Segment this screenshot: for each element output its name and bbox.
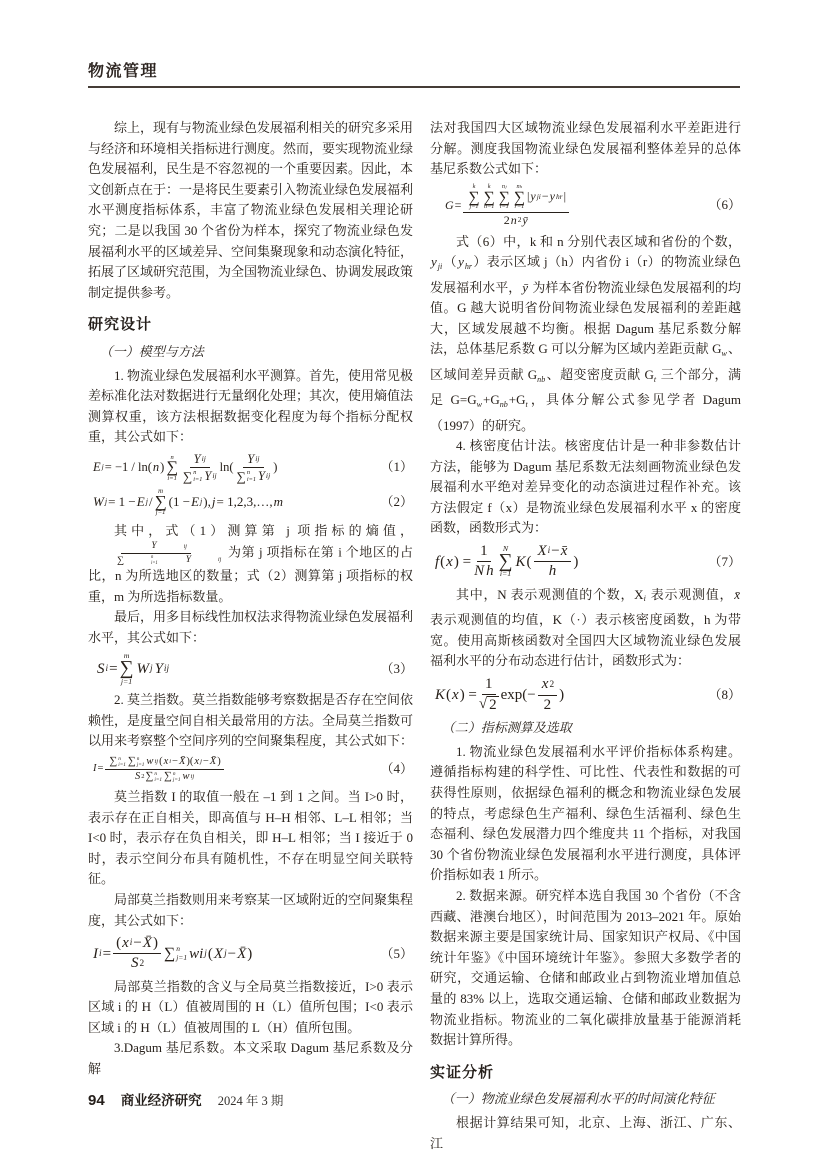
fraction-denominator: 2 [544, 696, 552, 714]
math-variable: x [445, 552, 454, 573]
sigma-glyph: ∑ [155, 495, 167, 509]
math-subscript: j [105, 492, 107, 513]
fraction-numerator: k∑j=1k∑h=1nⱼ∑i=1nₕ∑r=1|yji − yhr| [463, 184, 569, 213]
equation-number: （1） [380, 457, 413, 478]
formula-block: I = ∑ni=1∑nj=1wij(xi − X̄)(xj − X̄)S2∑ni… [88, 756, 413, 783]
equation-number: （3） [380, 659, 413, 680]
math-variable: K [514, 552, 526, 573]
math-subscript: nb [537, 375, 545, 384]
fraction-numerator: Yij [243, 452, 263, 468]
formula-body: Wj = 1 − Ej / m∑j=1(1 − Ej), j = 1,2,3,…… [92, 488, 374, 517]
sum-lower-limit: h=1 [484, 204, 494, 211]
math-subscript: ij [202, 455, 206, 464]
fraction: 1Nh [473, 543, 495, 581]
math-subscript: j [200, 492, 202, 513]
equation-number: （5） [380, 944, 413, 965]
sigma-glyph: ∑ [183, 470, 192, 483]
fraction: (xi − X̄)S2 [113, 935, 161, 973]
fraction-numerator: x2 [538, 676, 557, 695]
math-subscript: ij [192, 557, 221, 564]
math-variable: ȳ [521, 214, 528, 228]
sum-lower-limit: i=1 [154, 777, 162, 783]
subsection-heading: （一）物流业绿色发展福利水平的时间演化特征 [430, 1089, 741, 1110]
math-subscript: i [644, 594, 646, 603]
formula-body: K(x) = 1√2 exp(−x22) [434, 676, 702, 715]
math-text: ) = [460, 685, 477, 706]
math-text: ), [203, 492, 211, 513]
math-text: ) [273, 457, 277, 478]
subsection-heading: （一）模型与方法 [88, 342, 413, 363]
sum-lower-limit: i=1 [247, 476, 256, 483]
fraction: x22 [538, 676, 557, 714]
paragraph: 2. 莫兰指数。莫兰指数能够考察数据是否存在空间依赖性，是度量空间自相关最常用的… [88, 690, 413, 752]
paragraph: 2. 数据来源。研究样本选自我国 30 个省份（不含西藏、港澳台地区），时间范围… [430, 886, 741, 1051]
sigma-glyph: ∑ [164, 771, 172, 782]
math-variable: Y [257, 469, 266, 483]
fraction: 1√2 [479, 676, 499, 715]
math-variable: X̄ [209, 756, 217, 768]
math-superscript: 2 [549, 680, 554, 691]
math-subscript: hr [556, 193, 563, 202]
math-variable: Y [203, 469, 212, 483]
text-run: 表示观测值的均值，K（·）表示核密度函数，h 为带宽。使用高斯核函数对全国四大区… [430, 612, 741, 668]
summation-symbol: m∑j=1 [120, 652, 134, 686]
fraction-numerator: ∑ni=1∑nj=1wij(xi − X̄)(xj − X̄) [105, 756, 223, 770]
issue-label: 2024 年 3 期 [218, 1091, 284, 1109]
math-text: ) [153, 935, 158, 952]
fraction: Yij∑ni=1Yij [90, 541, 222, 566]
math-text: = [455, 195, 462, 216]
fraction-numerator: (xi − X̄) [113, 935, 161, 954]
math-variable: m [273, 492, 284, 513]
equation-number: （8） [708, 685, 741, 706]
fraction-numerator: Yij [121, 541, 190, 554]
sum-scripts: ni=1 [154, 771, 162, 783]
math-subscript: ij [154, 758, 158, 765]
paragraph: 其中，式（1）测算第 j 项指标的熵值，Yij∑ni=1Yij 为第 j 项指标… [88, 521, 413, 607]
math-variable: S [130, 955, 140, 972]
math-variable: E [190, 492, 200, 513]
fraction-numerator: 1 [482, 676, 496, 695]
fraction-denominator: S2∑ni=1∑nj=1wij [134, 770, 195, 783]
paragraph: 式（6）中，k 和 n 分别代表区域和省份的个数，yji（yhr）表示区域 j（… [430, 232, 741, 437]
sum-upper-limit: n [247, 469, 256, 476]
math-variable: x [541, 676, 550, 693]
math-text: − [133, 935, 141, 952]
sigma-glyph: ∑ [166, 461, 178, 475]
text-run: 、超变密度贡献 G [546, 367, 654, 382]
paragraph: 局部莫兰指数的含义与全局莫兰指数接近，I>0 表示区域 i 的 H（L）值被周围… [88, 977, 413, 1039]
math-variable: w [182, 771, 191, 783]
math-variable: h [548, 563, 558, 580]
formula-body: Si = m∑j=1WjYij [92, 652, 374, 686]
math-variable: y [529, 190, 536, 204]
math-subscript: i [169, 758, 171, 765]
fraction: Yij∑ni=1Yij [236, 452, 272, 484]
section-heading: 研究设计 [88, 315, 413, 336]
math-subscript: ij [191, 773, 195, 780]
sum-scripts: ni=1 [118, 756, 126, 768]
equation-number: （2） [380, 492, 413, 513]
sum-scripts: ni=1 [247, 469, 256, 483]
math-text: = [103, 944, 111, 965]
inline-summation-symbol: ∑ni=1 [183, 469, 202, 483]
sum-lower-limit: i=1 [118, 762, 126, 768]
math-subscript: ij [255, 455, 259, 464]
math-variable: y [430, 254, 438, 269]
math-variable: n [510, 214, 518, 228]
fraction-denominator: ∑ni=1Yij [236, 468, 272, 483]
subsection-heading: （二）指标测算及选取 [430, 718, 741, 739]
formula-body: I = ∑ni=1∑nj=1wij(xi − X̄)(xj − X̄)S2∑ni… [92, 756, 374, 783]
math-subscript: j [102, 457, 104, 478]
math-subscript: j [146, 492, 148, 513]
fraction: Yij∑ni=1Yij [182, 452, 218, 484]
sum-lower-limit: i=1 [167, 475, 176, 482]
summation-symbol: n∑i=1 [166, 454, 178, 482]
paragraph: 法对我国四大区域物流业绿色发展福利水平差距进行分解。测度我国物流业绿色发展福利整… [430, 118, 741, 180]
fraction: k∑j=1k∑h=1nⱼ∑i=1nₕ∑r=1|yji − yhr|2n2ȳ [463, 184, 569, 228]
sigma-glyph: ∑ [237, 470, 246, 483]
inline-summation-symbol: ∑ni=1 [91, 555, 158, 566]
math-text: = 1,2,3,…, [216, 492, 272, 513]
math-text: − [228, 944, 236, 965]
formula-block: G = k∑j=1k∑h=1nⱼ∑i=1nₕ∑r=1|yji − yhr|2n2… [430, 184, 741, 228]
sigma-glyph: ∑ [484, 191, 495, 204]
math-subscript: t [654, 375, 656, 384]
sigma-glyph: ∑ [164, 946, 175, 962]
sigma-glyph: ∑ [146, 771, 154, 782]
math-subscript: j [204, 944, 207, 965]
left-column: 综上，现有与物流业绿色发展福利相关的研究多采用与经济和环境相关指标进行测度。然而… [88, 118, 413, 1080]
math-subscript: ij [212, 472, 216, 481]
radical-glyph: √ [479, 696, 487, 713]
math-variable: Y [246, 452, 255, 466]
sum-lower-limit: j=1 [121, 678, 132, 687]
sigma-glyph: ∑ [109, 756, 117, 767]
fraction: Xi − x̄h [534, 543, 572, 581]
journal-page: 物流管理 综上，现有与物流业绿色发展福利相关的研究多采用与经济和环境相关指标进行… [0, 0, 827, 1160]
sum-lower-limit: j=1 [173, 777, 181, 783]
sigma-glyph: ∑ [499, 554, 513, 571]
math-variable: w [145, 756, 154, 768]
math-subscript: i [130, 938, 133, 949]
math-subscript: nb [500, 400, 508, 409]
math-variable: E [136, 492, 146, 513]
fraction-numerator: Xi − x̄ [534, 543, 572, 562]
sigma-glyph: ∑ [128, 756, 136, 767]
math-text: ln( [220, 457, 234, 478]
formula-body: G = k∑j=1k∑h=1nⱼ∑i=1nₕ∑r=1|yji − yhr|2n2… [434, 184, 702, 228]
math-variable: G [444, 195, 455, 216]
math-variable: X̄ [178, 756, 186, 768]
formula-block: Wj = 1 − Ej / m∑j=1(1 − Ej), j = 1,2,3,…… [88, 488, 413, 517]
math-text: ) [559, 685, 564, 706]
fraction-denominator: Nh [473, 562, 495, 580]
math-variable: N [473, 563, 485, 580]
text-run: 其中，式（1）测算第 j 项指标的熵值， [114, 523, 413, 538]
math-variable: x [121, 935, 130, 952]
math-variable: x̄ [733, 587, 741, 602]
math-variable: ȳ [521, 280, 529, 295]
sigma-glyph: ∑ [120, 661, 134, 678]
sum-lower-limit: i=1 [500, 204, 509, 211]
text-run: +G [509, 392, 526, 407]
math-text: 2 [544, 697, 552, 714]
math-text: ( [527, 552, 532, 573]
page-footer: 94 商业经济研究 2024 年 3 期 [88, 1089, 283, 1109]
sum-lower-limit: i=1 [125, 561, 158, 566]
fraction-denominator: ∑ni=1Yij [182, 468, 218, 483]
inline-summation-symbol: ∑ni=1 [109, 756, 126, 768]
math-variable: x [163, 756, 170, 768]
paragraph: 1. 物流业绿色发展福利水平评价指标体系构建。遵循指标构建的科学性、可比性、代表… [430, 742, 741, 886]
fraction-numerator: Yij [190, 452, 210, 468]
math-text: = 1 − [108, 492, 136, 513]
sum-lower-limit: i=1 [193, 476, 202, 483]
section-label: 物流管理 [88, 58, 740, 81]
math-subscript: i [99, 944, 102, 965]
inline-summation-symbol: ∑ni=1 [146, 771, 163, 783]
equation-number: （6） [708, 195, 741, 216]
math-variable: h [485, 563, 495, 580]
math-variable: Y [124, 541, 157, 552]
math-variable: n [152, 457, 160, 478]
paragraph: 综上，现有与物流业绿色发展福利相关的研究多采用与经济和环境相关指标进行测度。然而… [88, 118, 413, 303]
paragraph: 根据计算结果可知，北京、上海、浙江、广东、江 [430, 1113, 741, 1154]
formula-block: Si = m∑j=1WjYij（3） [88, 652, 413, 686]
section-heading: 实证分析 [430, 1063, 741, 1084]
sum-scripts: nj=1 [176, 945, 187, 962]
math-text: exp(− [501, 685, 536, 706]
math-variable: W [135, 659, 150, 680]
math-superscript: 2 [141, 773, 144, 780]
sum-lower-limit: j=1 [469, 204, 478, 211]
page-number: 94 [88, 1092, 105, 1109]
text-run: +G [483, 392, 500, 407]
math-subscript: i [106, 659, 109, 680]
paragraph: 最后，用多目标线性加权法求得物流业绿色发展福利水平，其公式如下： [88, 607, 413, 648]
math-subscript: j [200, 758, 202, 765]
math-variable: x̄ [560, 543, 569, 560]
math-text: = −1 / ln( [105, 457, 152, 478]
math-text: ) [160, 457, 164, 478]
formula-body: Ej = −1 / ln(n)n∑i=1Yij∑ni=1Yij ln(Yij∑n… [92, 452, 374, 484]
sum-lower-limit: i=1 [500, 570, 511, 579]
summation-symbol: k∑j=1 [468, 184, 479, 211]
equation-number: （7） [708, 552, 741, 573]
paragraph: 4. 核密度估计法。核密度估计是一种非参数估计方法，能够为 Dagum 基尼系数… [430, 436, 741, 539]
formula-block: Ej = −1 / ln(n)n∑i=1Yij∑ni=1Yij ln(Yij∑n… [88, 452, 413, 484]
journal-name: 商业经济研究 [121, 1089, 202, 1109]
header-rule [88, 86, 740, 88]
paragraph: 莫兰指数 I 的取值一般在 –1 到 1 之间。当 I>0 时，表示存在正自相关… [88, 787, 413, 890]
math-variable: y [549, 190, 556, 204]
sum-scripts: nj=1 [137, 756, 145, 768]
summation-symbol: k∑h=1 [484, 184, 495, 211]
math-variable: S [134, 771, 141, 783]
math-variable: Y [193, 452, 202, 466]
summation-symbol: N∑i=1 [499, 545, 513, 579]
math-variable: X [537, 543, 548, 560]
formula-block: f(x) = 1NhN∑i=1K(Xi − x̄h)（7） [430, 543, 741, 581]
sum-scripts: ni=1 [125, 555, 158, 566]
math-superscript: 2 [139, 959, 144, 970]
math-variable: wi [188, 944, 204, 965]
radicand: 2 [487, 696, 499, 714]
math-text: = [109, 659, 117, 680]
fraction-denominator: h [548, 562, 558, 580]
math-variable: K [434, 685, 446, 706]
math-variable: I [92, 944, 99, 965]
math-text: ) [217, 756, 221, 768]
math-text: | [564, 190, 566, 204]
math-variable: Y [154, 659, 164, 680]
formula-body: f(x) = 1NhN∑i=1K(Xi − x̄h) [434, 543, 702, 581]
paragraph: 3.Dagum 基尼系数。本文采取 Dagum 基尼系数及分解 [88, 1038, 413, 1079]
inline-summation-symbol: ∑ni=1 [237, 469, 256, 483]
fraction: ∑ni=1∑nj=1wij(xi − X̄)(xj − X̄)S2∑ni=1∑n… [105, 756, 223, 783]
math-text: )( [186, 756, 193, 768]
math-variable: x [451, 685, 460, 706]
fraction-denominator: S2 [130, 954, 144, 972]
sigma-glyph: ∑ [499, 191, 510, 204]
equation-number: （4） [380, 759, 413, 780]
right-column: 法对我国四大区域物流业绿色发展福利水平差距进行分解。测度我国物流业绿色发展福利整… [430, 118, 741, 1154]
sigma-glyph: ∑ [514, 191, 525, 204]
math-variable: y [457, 254, 465, 269]
math-text: (1 − [169, 492, 190, 513]
square-root: √2 [479, 696, 499, 714]
sum-lower-limit: r=1 [515, 204, 525, 211]
summation-symbol: nₕ∑r=1 [514, 184, 525, 211]
math-subscript: ij [164, 659, 169, 680]
sum-lower-limit: j=1 [156, 509, 166, 516]
math-text: − [542, 190, 549, 204]
fraction-denominator: ∑ni=1Yij [90, 554, 222, 566]
text-run: 其中，N 表示观测值的个数，X [456, 587, 644, 602]
math-variable: X [213, 944, 224, 965]
formula-block: Ii = (xi − X̄)S2∑nj=1wij(Xj − X̄)（5） [88, 935, 413, 973]
text-run: 表示观测值， [647, 587, 733, 602]
formula-block: K(x) = 1√2 exp(−x22)（8） [430, 676, 741, 715]
paragraph: 局部莫兰指数则用来考察某一区域附近的空间聚集程度，其公式如下： [88, 890, 413, 931]
math-variable: S [96, 659, 106, 680]
math-subscript: hr [465, 262, 472, 271]
formula-body: Ii = (xi − X̄)S2∑nj=1wij(Xj − X̄) [92, 935, 374, 973]
math-subscript: j [150, 659, 153, 680]
page-header: 物流管理 [88, 58, 740, 88]
math-text: − [551, 543, 559, 560]
math-subscript: w [477, 400, 482, 409]
math-subscript: t [526, 400, 528, 409]
sum-upper-limit: n [193, 469, 202, 476]
inline-summation-symbol: ∑nj=1 [164, 771, 181, 783]
math-subscript: ij [266, 472, 270, 481]
math-variable: E [92, 457, 102, 478]
math-subscript: ji [438, 262, 442, 271]
text-run: 式（6）中，k 和 n 分别代表区域和省份的个数， [456, 234, 741, 249]
math-text: ) [247, 944, 252, 965]
paragraph: 1. 物流业绿色发展福利水平测算。首先，使用常见极差标准化法对数据进行无量纲化处… [88, 366, 413, 448]
math-text: ) = [454, 552, 471, 573]
math-text: = [98, 759, 104, 780]
sum-lower-limit: j=1 [176, 954, 187, 963]
math-variable: W [92, 492, 105, 513]
math-text: / [149, 492, 153, 513]
math-subscript: i [548, 546, 551, 557]
inline-summation-symbol: ∑nj=1 [164, 945, 187, 962]
math-subscript: w [721, 349, 726, 358]
text-run: （ [443, 254, 457, 269]
math-subscript: ij [158, 544, 187, 551]
fraction-denominator: 2n2ȳ [504, 213, 529, 228]
sum-lower-limit: j=1 [137, 762, 145, 768]
math-subscript: ji [537, 193, 541, 202]
fraction-numerator: 1 [477, 543, 491, 562]
math-text: ) [573, 552, 578, 573]
summation-symbol: m∑j=1 [155, 488, 167, 517]
math-text: 1 [485, 676, 493, 693]
sum-scripts: ni=1 [193, 469, 202, 483]
math-subscript: j [224, 944, 227, 965]
sum-scripts: nj=1 [173, 771, 181, 783]
math-variable: X̄ [142, 935, 153, 952]
math-text: 1 [480, 543, 488, 560]
sigma-glyph: ∑ [468, 191, 479, 204]
fraction-denominator: √2 [479, 695, 499, 714]
math-variable: X̄ [236, 944, 247, 965]
summation-symbol: nⱼ∑i=1 [499, 184, 510, 211]
paragraph: 其中，N 表示观测值的个数，Xi 表示观测值，x̄ 表示观测值的均值，K（·）表… [430, 585, 741, 672]
sigma-glyph: ∑ [91, 556, 124, 566]
math-variable: Y [159, 555, 192, 566]
inline-summation-symbol: ∑nj=1 [128, 756, 145, 768]
